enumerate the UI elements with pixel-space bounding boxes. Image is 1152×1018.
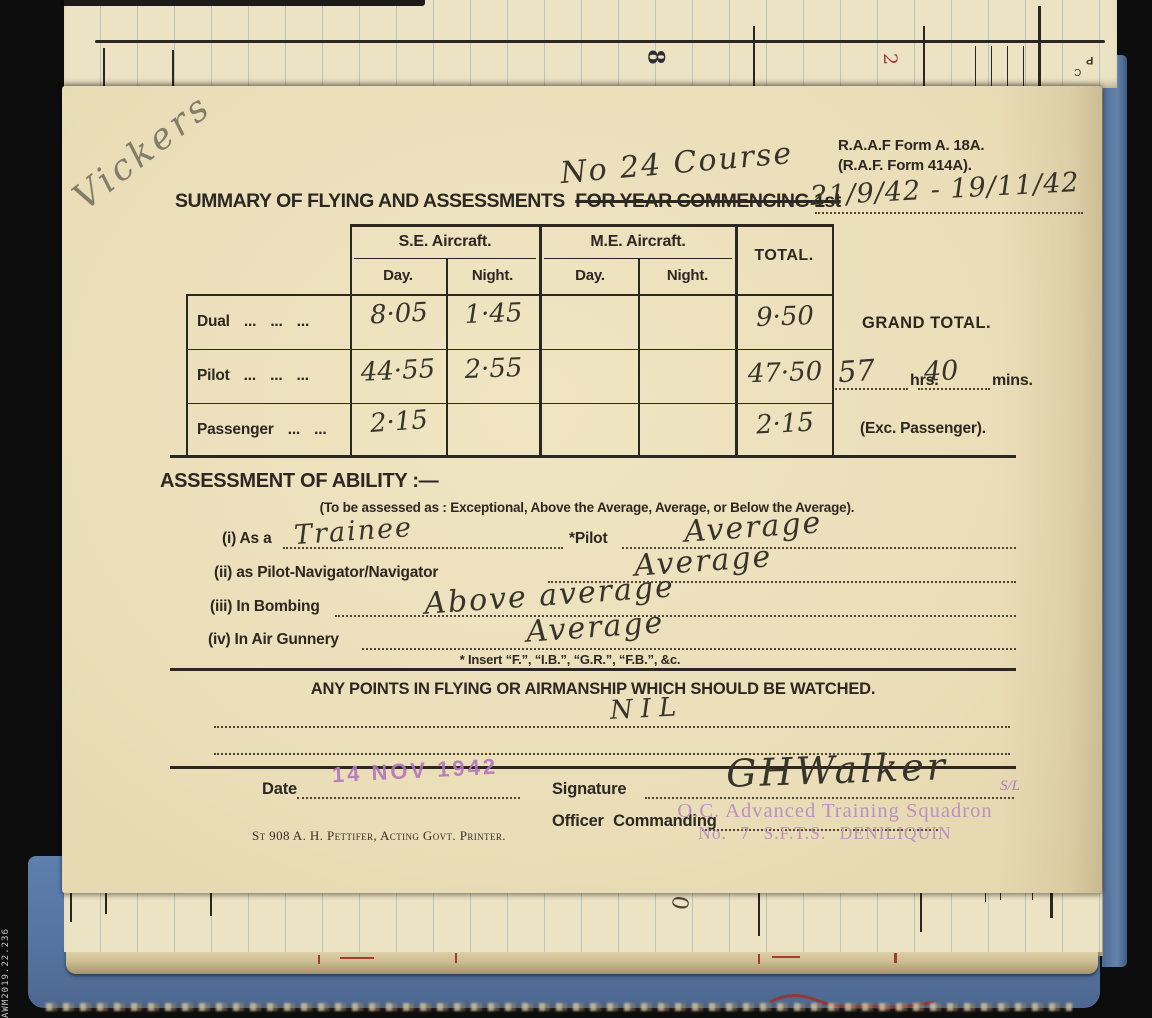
ledger-column-line [758, 888, 760, 936]
ledger-column-line [975, 46, 976, 86]
assessment-line4-prefix: (iv) In Air Gunnery [208, 631, 339, 649]
form-reference-line1: R.A.A.F Form A. 18A. [838, 136, 984, 156]
upside-down-letter-mark: P [1086, 54, 1093, 66]
logbook-cover-spine-edge [1102, 55, 1127, 967]
table-line [539, 224, 542, 458]
ledger-mark [210, 890, 212, 916]
hours-fill-line [832, 388, 908, 390]
oc-stamp-line2: No. 7 S.F.T.S. DENILIQUIN [650, 823, 1000, 844]
date-fill-line [297, 797, 520, 799]
pilot-se-day: 44·55 [349, 354, 446, 389]
ledger-column-line [1023, 46, 1024, 86]
red-tick [758, 954, 760, 964]
ledger-column-line [920, 888, 922, 932]
signature-handwriting: GHWalker [651, 742, 1022, 799]
scanned-logbook-photo: AWM2019.22.236 8 2 P C [0, 0, 1152, 1018]
minutes-unit-label: mins. [992, 372, 1033, 390]
table-line [354, 258, 536, 259]
form-title-main: SUMMARY OF FLYING AND ASSESSMENTS [175, 190, 565, 212]
pilot-se-night: 2·55 [448, 352, 540, 385]
printer-imprint: St 908 A. H. Pettifer, Acting Govt. Prin… [252, 828, 506, 844]
passenger-se-day: 2·15 [351, 404, 447, 440]
red-tick [455, 953, 457, 963]
form-reference: R.A.A.F Form A. 18A. (R.A.F. Form 414A). [838, 136, 984, 176]
dual-total: 9·50 [738, 300, 833, 333]
col-group-se: S.E. Aircraft. [350, 233, 540, 251]
points-heading: ANY POINTS IN FLYING OR AIRMANSHIP WHICH… [170, 680, 1016, 699]
row-label-pilot: Pilot ... ... ... [197, 367, 309, 385]
handwritten-course-note: No 24 Course [559, 136, 795, 191]
underlying-page-top: 8 2 P C [64, 0, 1117, 88]
date-stamp: 14 NOV 1942 [299, 752, 530, 790]
red-tick [340, 957, 374, 959]
fill-line [362, 648, 1016, 650]
points-value: NIL [609, 692, 685, 726]
col-total: TOTAL. [736, 247, 832, 265]
table-line [186, 349, 833, 350]
table-line [186, 294, 833, 296]
assessment-line2-prefix: (ii) as Pilot-Navigator/Navigator [214, 564, 438, 582]
table-line [638, 259, 640, 458]
exc-passenger-note: (Exc. Passenger). [860, 420, 986, 438]
section-rule [170, 455, 1016, 458]
section-rule [170, 668, 1016, 671]
upside-down-page-number: 8 [643, 49, 669, 64]
assessment-footnote: * Insert “F.”, “I.B.”, “G.R.”, “F.B.”, &… [330, 652, 810, 667]
raaf-form-page: Vickers R.A.A.F Form A. 18A. (R.A.F. For… [62, 86, 1102, 893]
table-line [186, 295, 188, 458]
form-title-struck-text: FOR YEAR COMMENCING 1st [575, 190, 841, 212]
row-label-dual: Dual ... ... ... [197, 313, 309, 331]
col-me-night: Night. [640, 267, 735, 284]
assessment-heading: ASSESSMENT OF ABILITY :— [160, 470, 438, 493]
assessment-line1-written: Trainee [293, 512, 414, 551]
signature-label: Signature [552, 780, 626, 799]
ledger-column-line [172, 50, 174, 86]
table-top-rule [350, 224, 834, 227]
table-line [832, 224, 834, 458]
ledger-column-line [923, 26, 925, 88]
col-me-day: Day. [542, 267, 638, 284]
ledger-column-line [1007, 46, 1008, 86]
upside-down-page-number-red: 2 [879, 53, 901, 65]
upside-down-digit: 0 [665, 893, 692, 911]
assessment-line3-prefix: (iii) In Bombing [210, 598, 320, 616]
ledger-column-line [1038, 6, 1041, 88]
red-tick [318, 955, 320, 964]
grand-total-label: GRAND TOTAL. [862, 314, 991, 333]
ledger-mark [105, 890, 107, 914]
grand-total-minutes-value: 40 [923, 355, 959, 388]
date-label: Date [262, 780, 297, 799]
assessment-line1-prefix: (i) As a [222, 530, 272, 548]
signature-rank: S/L [1000, 778, 1020, 795]
underlying-page-bottom: 0 [64, 888, 1102, 952]
fill-line [214, 726, 1010, 728]
oc-stamp-line1: O.C. Advanced Training Squadron [630, 800, 1040, 823]
table-line [186, 403, 833, 404]
top-edge-shadow [60, 0, 425, 6]
archive-reference-label: AWM2019.22.236 [1, 922, 11, 1018]
col-group-me: M.E. Aircraft. [540, 233, 736, 251]
dual-se-day: 8·05 [351, 297, 446, 332]
form-title: SUMMARY OF FLYING AND ASSESSMENTS FOR YE… [175, 190, 841, 213]
assessment-line1-mid: *Pilot [569, 530, 607, 548]
table-line [544, 258, 732, 259]
row-label-passenger: Passenger ... ... [197, 421, 326, 439]
col-se-night: Night. [446, 267, 539, 284]
ledger-heavy-rule [95, 40, 1105, 43]
dual-se-night: 1·45 [448, 297, 540, 330]
grand-total-hours-value: 57 [837, 353, 876, 389]
red-tick [894, 953, 897, 963]
red-tick [772, 956, 800, 958]
upside-down-letter-mark: C [1074, 66, 1081, 77]
ledger-mark [70, 890, 72, 922]
title-fill-line [815, 212, 1083, 214]
ledger-column-line [103, 48, 105, 86]
red-thread [768, 992, 938, 1014]
passenger-total: 2·15 [737, 407, 832, 442]
signature-fill-line [645, 797, 1014, 799]
pilot-total: 47·50 [738, 356, 833, 389]
col-se-day: Day. [350, 267, 446, 284]
ledger-column-line [753, 26, 755, 88]
ledger-column-line [991, 46, 992, 86]
minutes-fill-line [918, 388, 990, 390]
